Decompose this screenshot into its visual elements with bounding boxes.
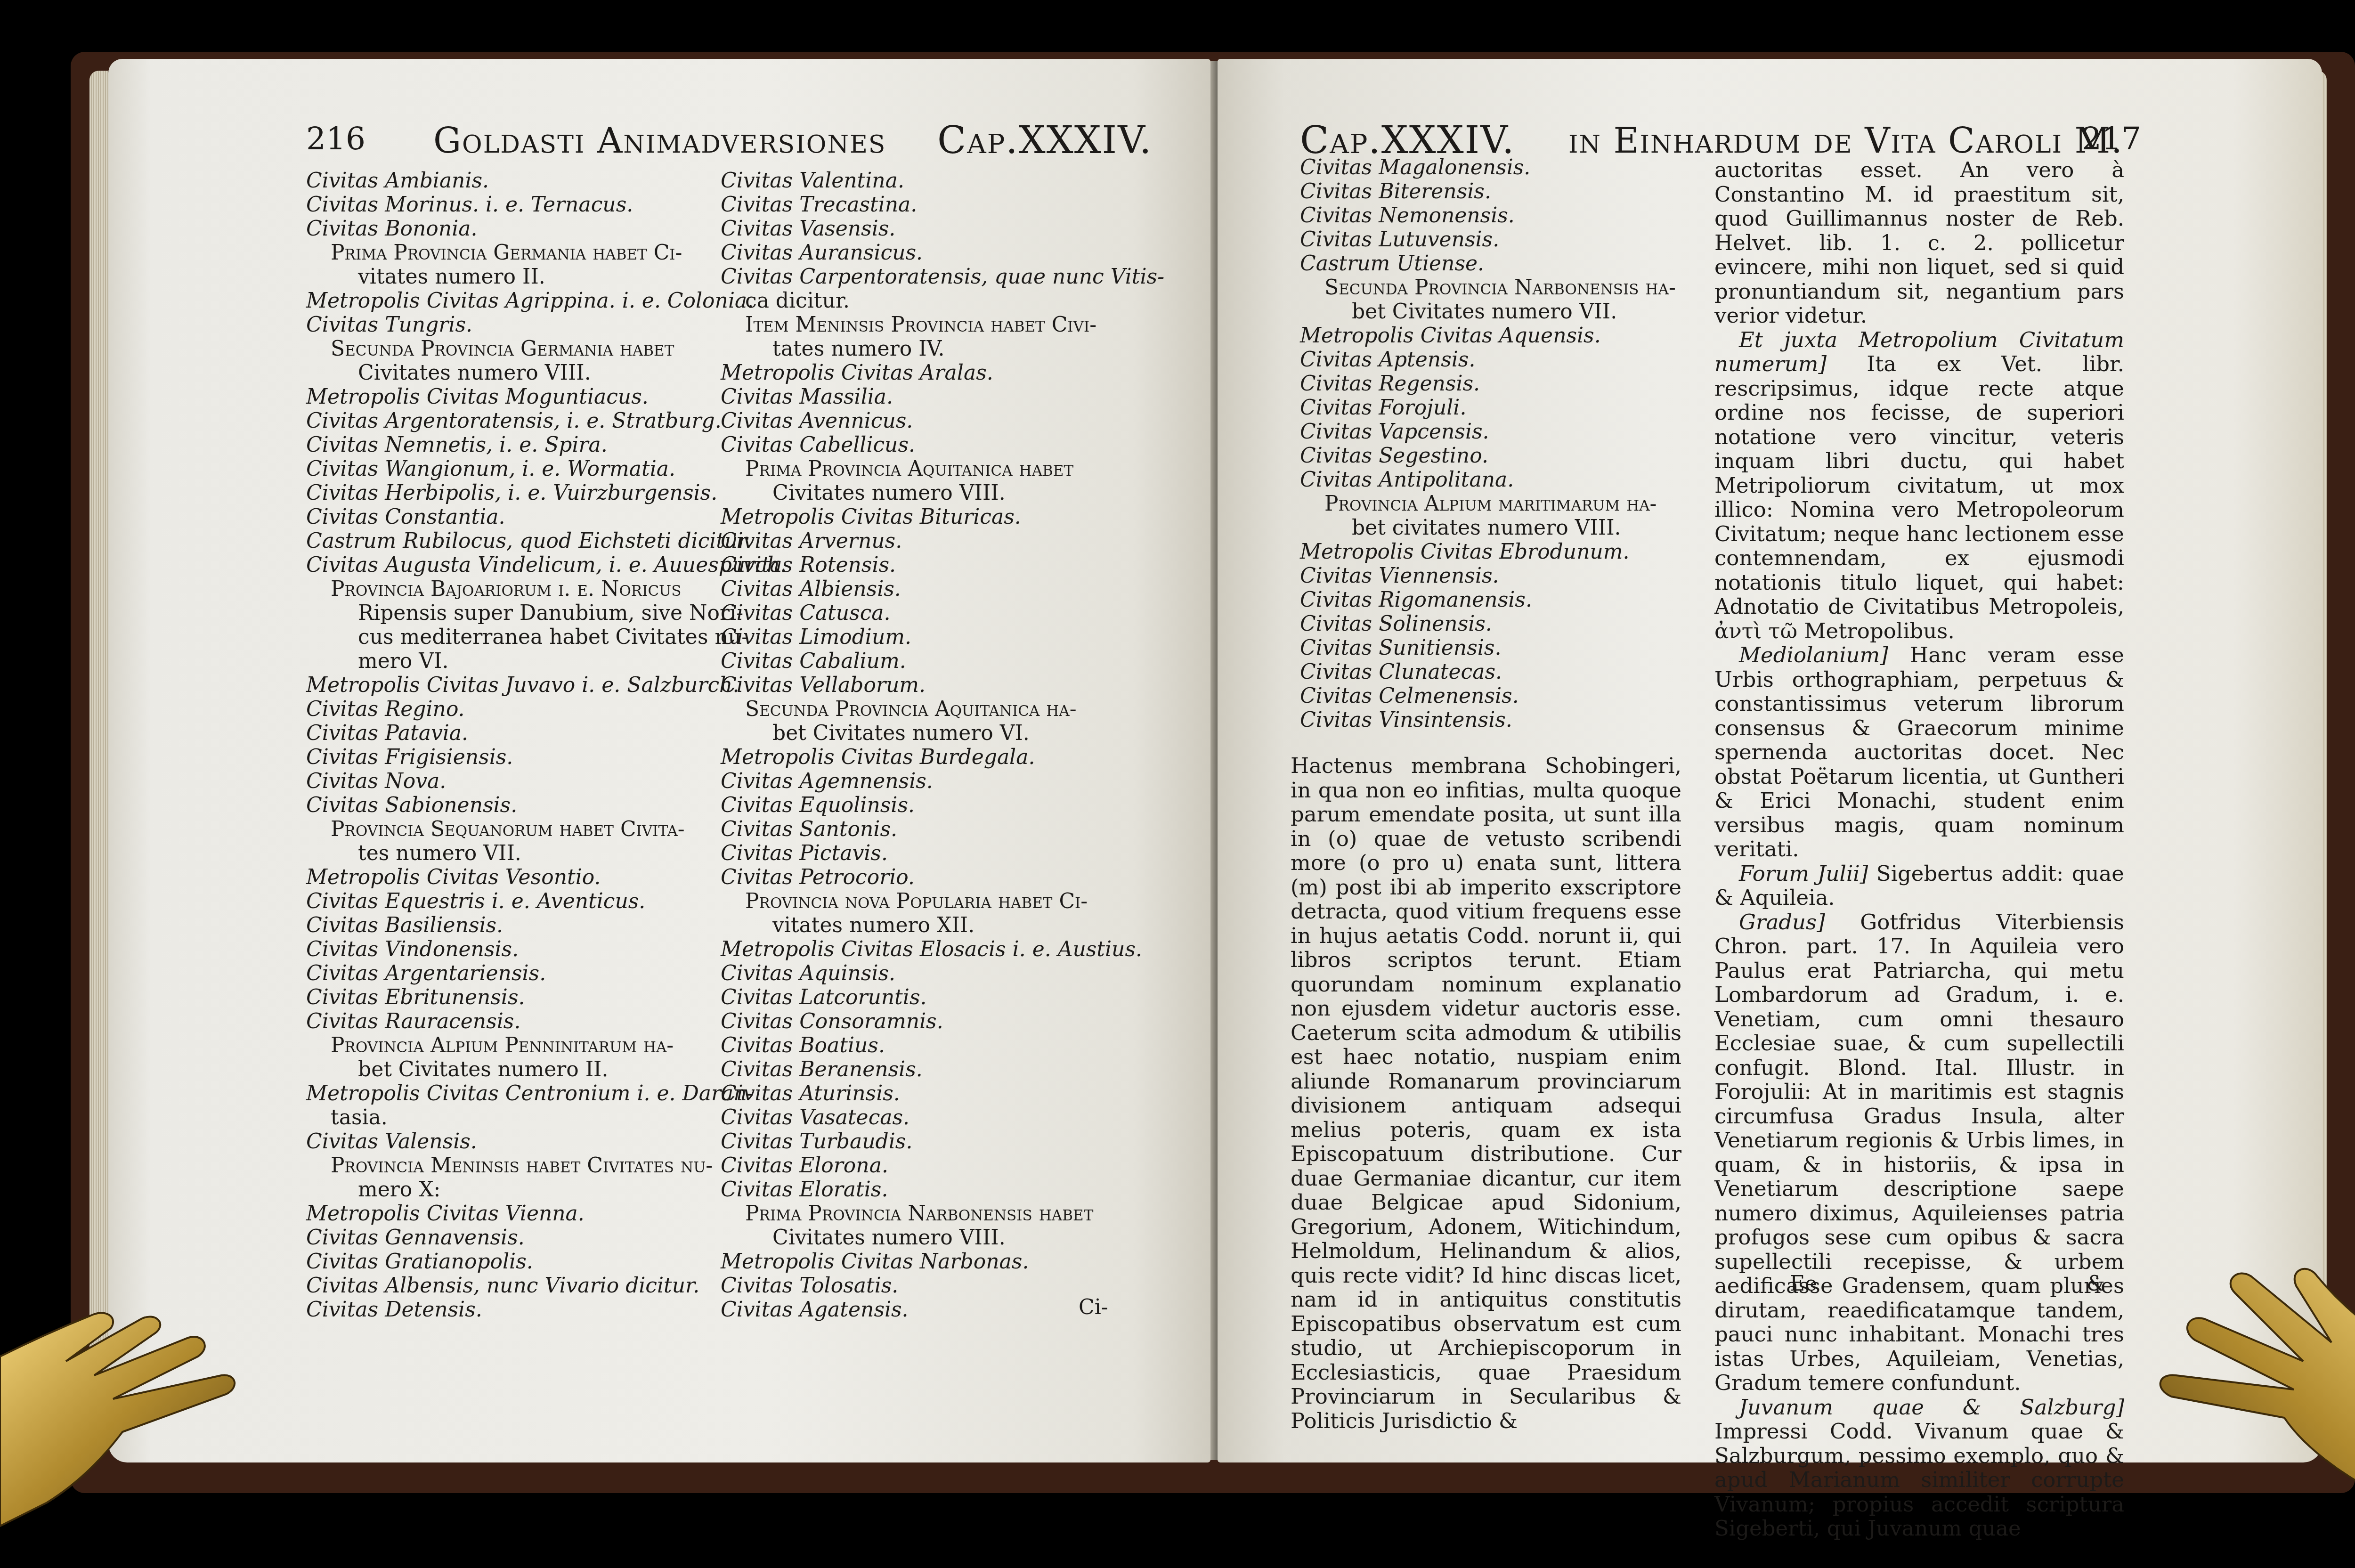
page-edges-left xyxy=(89,71,108,1446)
list-item: Civitas Detensis. xyxy=(306,1298,787,1322)
list-item: vitates numero XII. xyxy=(721,913,1164,937)
list-item: Civitas Santonis. xyxy=(721,817,1164,841)
right-brass-hand-icon xyxy=(2096,1248,2355,1568)
list-item: bet Civitates numero II. xyxy=(306,1057,787,1081)
list-item: vitates numero II. xyxy=(306,265,787,289)
right-page-column-1-prose: Hactenus membrana Schobingeri, in qua no… xyxy=(1291,754,1681,1433)
chapter-label-left: Cap.XXXIV. xyxy=(937,122,1152,159)
catchword-left: Ci- xyxy=(1079,1295,1108,1319)
list-item: Civitas Rauracensis. xyxy=(306,1009,787,1033)
commentary-paragraph: Gradus] Gotfridus Viterbiensis Chron. pa… xyxy=(1714,910,2124,1395)
list-item: Civitas Catusca. xyxy=(721,601,1164,625)
list-item: Civitas Vasatecas. xyxy=(721,1105,1164,1129)
list-item: Civitas Carpentoratensis, quae nunc Viti… xyxy=(721,265,1164,289)
paragraph-text: Hanc veram esse Urbis orthographiam, per… xyxy=(1714,642,2124,861)
list-item: Castrum Utiense. xyxy=(1300,252,1676,276)
list-item: Civitas Magalonensis. xyxy=(1300,155,1676,179)
province-heading: Provincia nova Popularia habet Ci- xyxy=(721,889,1164,913)
list-item: Civitas Vinsintensis. xyxy=(1300,708,1676,732)
list-item: Civitas Antipolitana. xyxy=(1300,468,1676,492)
list-item: Civitas Vapcensis. xyxy=(1300,420,1676,444)
list-item: Civitas Clunatecas. xyxy=(1300,660,1676,684)
list-item: Civitas Tolosatis. xyxy=(721,1274,1164,1298)
list-item: Civitas Aturinsis. xyxy=(721,1081,1164,1105)
list-item: Metropolis Civitas Ebrodunum. xyxy=(1300,540,1676,564)
list-item: Metropolis Civitas Agrippina. i. e. Colo… xyxy=(306,289,787,313)
province-heading: Item Meninsis Provincia habet Civi- xyxy=(721,313,1164,337)
list-item: Civitas Patavia. xyxy=(306,721,787,745)
list-item: Civitas Herbipolis, i. e. Vuirzburgensis… xyxy=(306,481,787,505)
list-item: Civitas Vasensis. xyxy=(721,217,1164,241)
left-page-column-2: Civitas Valentina.Civitas Trecastina.Civ… xyxy=(721,169,1164,1322)
running-head-right: in Einhardum de Vita Caroli M. xyxy=(1568,123,2123,158)
lemma: Gradus] xyxy=(1739,910,1825,934)
signature-mark: Ee xyxy=(1790,1272,1817,1296)
list-item: Civitas Valensis. xyxy=(306,1129,787,1154)
list-item: Civitas Constantia. xyxy=(306,505,787,529)
list-item: ca dicitur. xyxy=(721,289,1164,313)
commentary-paragraph: Et juxta Metropolium Civitatum numerum] … xyxy=(1714,328,2124,643)
list-item: mero X: xyxy=(306,1178,787,1202)
list-item: tes numero VII. xyxy=(306,841,787,865)
province-heading: Provincia Alpium maritimarum ha- xyxy=(1300,492,1676,516)
commentary-paragraph: Juvanum quae & Salzburg] Impressi Codd. … xyxy=(1714,1395,2124,1541)
left-brass-hand-icon xyxy=(0,1281,339,1568)
list-item: Civitas Albiensis. xyxy=(721,577,1164,601)
paragraph-text: Impressi Codd. Vivanum quae & Salzburgum… xyxy=(1714,1419,2124,1541)
list-item: Civitas Latcoruntis. xyxy=(721,985,1164,1009)
list-item: Castrum Rubilocus, quod Eichsteti dicitu… xyxy=(306,529,787,553)
list-item: Civitas Bononia. xyxy=(306,217,787,241)
left-page-column-1: Civitas Ambianis.Civitas Morinus. i. e. … xyxy=(306,169,787,1322)
list-item: tasia. xyxy=(306,1105,787,1129)
list-item: Civitas Basiliensis. xyxy=(306,913,787,937)
list-item: Metropolis Civitas Vienna. xyxy=(306,1202,787,1226)
list-item: Civitas Regensis. xyxy=(1300,372,1676,396)
list-item: Civitas Arvernus. xyxy=(721,529,1164,553)
list-item: Civitas Pictavis. xyxy=(721,841,1164,865)
list-item: Civitas Aquinsis. xyxy=(721,961,1164,985)
province-heading: Secunda Provincia Aquitanica ha- xyxy=(721,697,1164,721)
lemma: Juvanum quae & Salzburg] xyxy=(1739,1395,2124,1420)
lemma: Mediolanium] xyxy=(1739,642,1888,667)
list-item: Civitas Lutuvensis. xyxy=(1300,227,1676,252)
list-item: Civitas Boatius. xyxy=(721,1033,1164,1057)
list-item: Civitas Argentariensis. xyxy=(306,961,787,985)
list-item: tates numero IV. xyxy=(721,337,1164,361)
list-item: Civitas Regino. xyxy=(306,697,787,721)
list-item: Civitas Biterensis. xyxy=(1300,179,1676,203)
list-item: Civitas Equolinsis. xyxy=(721,793,1164,817)
province-heading: Provincia Alpium Penninitarum ha- xyxy=(306,1033,787,1057)
list-item: Metropolis Civitas Bituricas. xyxy=(721,505,1164,529)
list-item: Civitas Cabellicus. xyxy=(721,433,1164,457)
list-item: Civitas Forojuli. xyxy=(1300,396,1676,420)
commentary-paragraph: Hactenus membrana Schobingeri, in qua no… xyxy=(1291,754,1681,1433)
page-number-right: 217 xyxy=(2082,123,2141,154)
list-item: Civitas Segestino. xyxy=(1300,444,1676,468)
list-item: Civitas Aptensis. xyxy=(1300,348,1676,372)
province-heading: Provincia Sequanorum habet Civita- xyxy=(306,817,787,841)
list-item: Metropolis Civitas Aralas. xyxy=(721,361,1164,385)
province-heading: Secunda Provincia Germania habet xyxy=(306,337,787,361)
list-item: Civitas Gennavensis. xyxy=(306,1226,787,1250)
paragraph-text: Gotfridus Viterbiensis Chron. part. 17. … xyxy=(1714,910,2124,1396)
list-item: Civitas Massilia. xyxy=(721,385,1164,409)
right-page-column-1-list: Civitas Magalonensis.Civitas Biterensis.… xyxy=(1300,155,1676,732)
list-item: Civitas Ambianis. xyxy=(306,169,787,193)
list-item: Civitas Ebritunensis. xyxy=(306,985,787,1009)
running-head-left: Goldasti Animadversiones xyxy=(433,123,886,158)
list-item: Civitas Equestris i. e. Aventicus. xyxy=(306,889,787,913)
list-item: Civitas Gratianopolis. xyxy=(306,1250,787,1274)
list-item: Metropolis Civitas Centronium i. e. Dara… xyxy=(306,1081,787,1105)
list-item: Civitas Frigisiensis. xyxy=(306,745,787,769)
list-item: Civitas Sabionensis. xyxy=(306,793,787,817)
list-item: Metropolis Civitas Juvavo i. e. Salzburc… xyxy=(306,673,787,697)
lemma: Forum Julii] xyxy=(1739,861,1868,886)
paragraph-text: Ita ex Vet. libr. rescripsimus, idque re… xyxy=(1714,351,2124,643)
list-item: Civitas Rigomanensis. xyxy=(1300,588,1676,612)
page-number-left: 216 xyxy=(306,123,365,154)
list-item: Civitas Petrocorio. xyxy=(721,865,1164,889)
paragraph-text: auctoritas esset. An vero à Constantino … xyxy=(1714,157,2124,328)
list-item: Metropolis Civitas Narbonas. xyxy=(721,1250,1164,1274)
list-item: Civitas Nova. xyxy=(306,769,787,793)
list-item: Civitas Valentina. xyxy=(721,169,1164,193)
province-heading: Prima Provincia Aquitanica habet xyxy=(721,457,1164,481)
commentary-paragraph: auctoritas esset. An vero à Constantino … xyxy=(1714,158,2124,328)
commentary-paragraph: Forum Julii] Sigebertus addit: quae & Aq… xyxy=(1714,861,2124,910)
list-item: Civitas Turbaudis. xyxy=(721,1129,1164,1154)
list-item: Civitas Consoramnis. xyxy=(721,1009,1164,1033)
list-item: Metropolis Civitas Vesontio. xyxy=(306,865,787,889)
list-item: Civitas Vindonensis. xyxy=(306,937,787,961)
list-item: Civitas Argentoratensis, i. e. Stratburg… xyxy=(306,409,787,433)
list-item: Civitas Sunitiensis. xyxy=(1300,636,1676,660)
list-item: Metropolis Civitas Burdegala. xyxy=(721,745,1164,769)
right-page-column-2: auctoritas esset. An vero à Constantino … xyxy=(1714,158,2124,1541)
province-heading: Prima Provincia Germania habet Ci- xyxy=(306,241,787,265)
list-item: Civitas Elorona. xyxy=(721,1154,1164,1178)
list-item: Ripensis super Danubium, sive Nori- xyxy=(306,601,787,625)
list-item: Civitas Vellaborum. xyxy=(721,673,1164,697)
commentary-paragraph: Mediolanium] Hanc veram esse Urbis ortho… xyxy=(1714,643,2124,861)
list-item: Civitas Rotensis. xyxy=(721,553,1164,577)
list-item: Civitas Viennensis. xyxy=(1300,564,1676,588)
province-heading: Prima Provincia Narbonensis habet xyxy=(721,1202,1164,1226)
list-item: Civitas Solinensis. xyxy=(1300,612,1676,636)
province-heading: Provincia Bajoariorum i. e. Noricus xyxy=(306,577,787,601)
list-item: Metropolis Civitas Elosacis i. e. Austiu… xyxy=(721,937,1164,961)
list-item: bet Civitates numero VI. xyxy=(721,721,1164,745)
list-item: Civitas Nemonensis. xyxy=(1300,203,1676,227)
list-item: Civitas Nemnetis, i. e. Spira. xyxy=(306,433,787,457)
list-item: cus mediterranea habet Civitates nu- xyxy=(306,625,787,649)
list-item: Civitas Wangionum, i. e. Wormatia. xyxy=(306,457,787,481)
list-item: Civitas Avennicus. xyxy=(721,409,1164,433)
list-item: Civitas Beranensis. xyxy=(721,1057,1164,1081)
list-item: bet civitates numero VIII. xyxy=(1300,516,1676,540)
list-item: Civitas Cabalium. xyxy=(721,649,1164,673)
list-item: Civitas Augusta Vindelicum, i. e. Auuesp… xyxy=(306,553,787,577)
province-heading: Secunda Provincia Narbonensis ha- xyxy=(1300,276,1676,300)
list-item: Civitas Trecastina. xyxy=(721,193,1164,217)
list-item: Civitas Tungris. xyxy=(306,313,787,337)
list-item: Civitas Agemnensis. xyxy=(721,769,1164,793)
list-item: Civitas Eloratis. xyxy=(721,1178,1164,1202)
list-item: bet Civitates numero VII. xyxy=(1300,300,1676,324)
list-item: Civitates numero VIII. xyxy=(306,361,787,385)
chapter-label-right: Cap.XXXIV. xyxy=(1300,122,1515,159)
list-item: mero VI. xyxy=(306,649,787,673)
province-heading: Provincia Meninsis habet Civitates nu- xyxy=(306,1154,787,1178)
list-item: Civitates numero VIII. xyxy=(721,1226,1164,1250)
list-item: Metropolis Civitas Moguntiacus. xyxy=(306,385,787,409)
list-item: Metropolis Civitas Aquensis. xyxy=(1300,324,1676,348)
list-item: Civitas Albensis, nunc Vivario dicitur. xyxy=(306,1274,787,1298)
list-item: Civitas Auransicus. xyxy=(721,241,1164,265)
list-item: Civitates numero VIII. xyxy=(721,481,1164,505)
list-item: Civitas Limodium. xyxy=(721,625,1164,649)
list-item: Civitas Morinus. i. e. Ternacus. xyxy=(306,193,787,217)
list-item: Civitas Celmenensis. xyxy=(1300,684,1676,708)
